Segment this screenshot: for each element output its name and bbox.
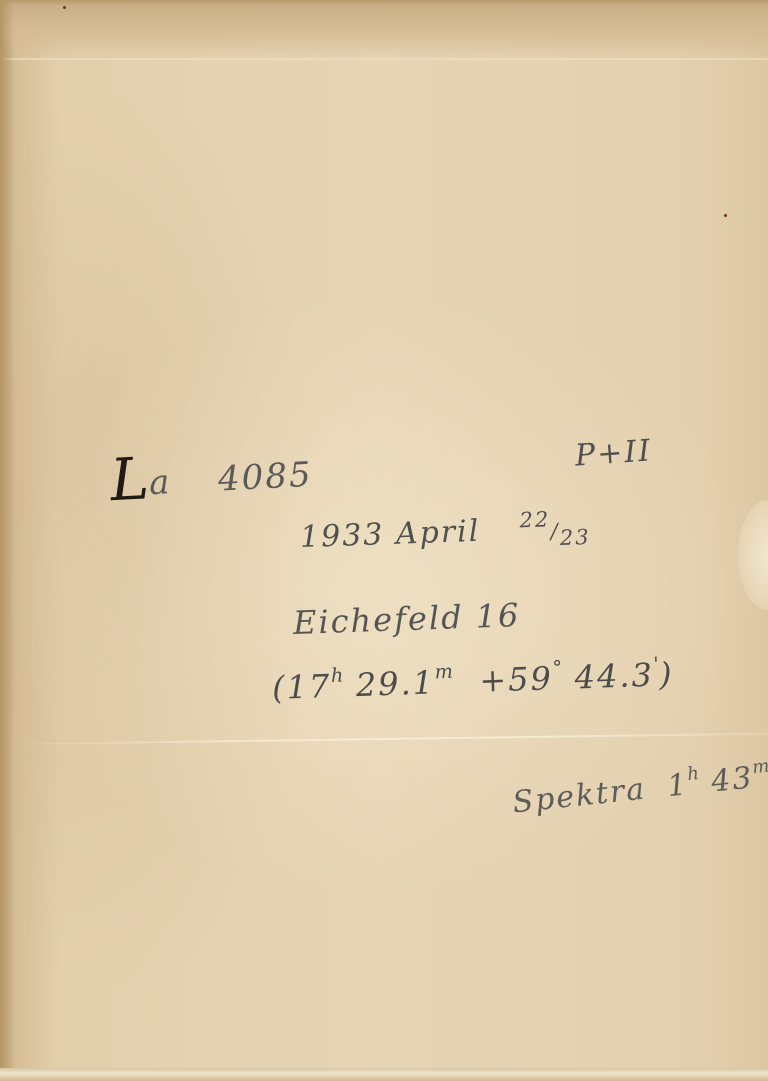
date-year-month: 1933 April (299, 514, 480, 555)
ra-minutes: 29.1 (355, 663, 436, 704)
date-day-end: 23 (560, 525, 592, 550)
ra-hours-unit: h (331, 663, 344, 686)
left-edge-shadow (0, 0, 14, 1081)
bottom-edge (0, 1068, 768, 1081)
plate-id: La 4085 (108, 432, 313, 510)
field-name: Eichefeld 16 (292, 596, 521, 642)
dec-degrees-unit: ° (552, 656, 562, 679)
exposure-minutes: 43 (710, 760, 756, 799)
top-fold-band (0, 0, 768, 60)
ra-hours: 17 (286, 667, 332, 707)
ink-speck (63, 6, 66, 9)
plate-id-prefix-L: L (109, 444, 151, 514)
exposure-minutes-unit: m (751, 755, 768, 778)
plate-id-number: 4085 (217, 455, 313, 500)
date-days: 22/23 (519, 518, 590, 544)
plate-id-prefix-rest: a (148, 462, 172, 503)
date-day-start: 22 (519, 508, 551, 533)
ink-speck (724, 214, 727, 217)
ra-minutes-unit: m (434, 659, 453, 683)
exposure-hours-unit: h (686, 763, 700, 785)
dec-degrees: +59 (479, 659, 554, 700)
coord-close-paren: ) (658, 655, 674, 693)
plate-mark: P+II (574, 433, 653, 473)
top-fold-line (0, 58, 768, 60)
dec-minutes-unit: ' (653, 652, 659, 675)
dec-minutes: 44.3 (574, 656, 655, 697)
